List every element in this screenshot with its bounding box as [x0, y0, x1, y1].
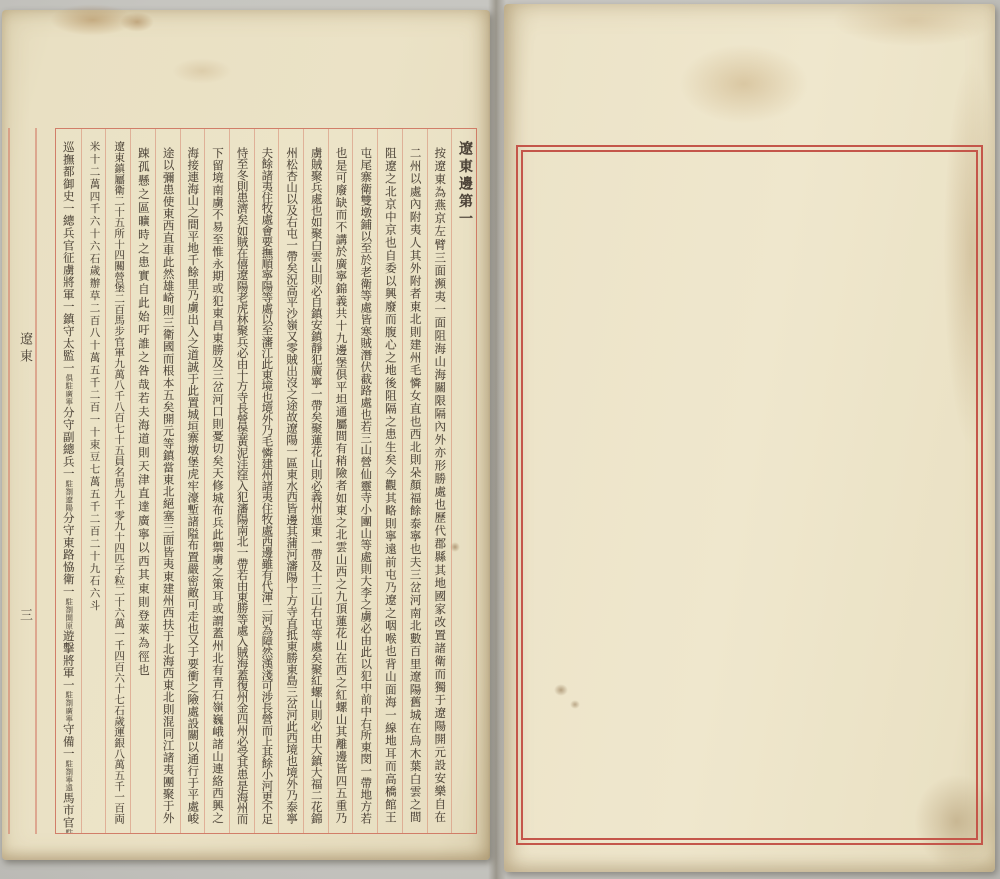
blank-page-frame	[516, 145, 983, 845]
official-station-note: 駐劄遼陽	[65, 480, 74, 512]
text-column-body: 海接連海山之間平地千餘里乃虜出入之道誠于此置城垣寨墩堡虎牢濠塹諸隘布置嚴密敵可走…	[180, 129, 205, 833]
right-page-blank	[504, 4, 995, 872]
page-number: 三	[16, 608, 34, 621]
paper-stain	[679, 44, 809, 124]
fold-line	[8, 128, 10, 834]
text-column-body: 也是可廢缺而不講於廣寧錦義共十九邊堡俱平坦通屬間有稍險者如東之北雲山西之九頂蓮花…	[328, 129, 353, 833]
text-column-body: 踈孤懸之區曠時之患實自此始吁誰之咎哉若夫海道則天津直達廣寧以西其東則登萊為徑也	[130, 129, 155, 833]
official-station-note: 駐劄開原	[65, 598, 74, 630]
official-title: 馬市官	[62, 792, 76, 829]
paper-stain	[50, 4, 135, 36]
text-column-title: 遼東邊第一	[451, 129, 476, 833]
text-columns: 遼東邊第一按遼東為燕京左臂三面瀕夷一面阻海山海關限隔內外亦形勝處也歷代郡縣其地國…	[56, 129, 476, 833]
text-column-body: 按遼東為燕京左臂三面瀕夷一面阻海山海關限隔內外亦形勝處也歷代郡縣其地國家改置諸衛…	[427, 129, 452, 833]
official-title: 分守東路恊衛一	[62, 512, 76, 598]
paper-stain	[120, 12, 154, 32]
blank-page-frame-inner	[521, 150, 978, 840]
text-column-dense: 遼東鎮屬衛二十五所十四關營堡二百馬步官軍九萬八千八百七十五員名馬九千零九十四匹子…	[105, 129, 130, 833]
text-column-body: 下留境南虜不易至惟永期或犯東昌東勝及三岔河口則憂切矣天修城布兵此禦虜之策耳或謂蓋…	[204, 129, 229, 833]
official-title: 守備一	[62, 723, 76, 760]
official-station-note: 駐劄寧遠	[65, 760, 74, 792]
text-column-body: 夫餘諸夷住牧處會要撫順寧陽等處以至瀋江此東境也境外乃毛憐建州諸夷住牧處西邊雖有代…	[254, 129, 279, 833]
official-station-note: 駐劄廣寧	[65, 691, 74, 723]
text-column-body: 州松杏山以及右屯一帶矣況高平沙嶺又零賊出沒之途故遼陽一區東水西皆邊其蒲河瀋陽十方…	[278, 129, 303, 833]
text-column-body: 二州以處內附夷人其外附者東北則建州毛憐女直也西北則朵顏福餘泰寧也夫三岔河南北數百…	[402, 129, 427, 833]
text-column-body: 途以彌患使東西直車此然雄崎則三衛國而根本五矣開元等鎮當東北絕塞三面皆夷東建州西扶…	[155, 129, 180, 833]
text-column-body: 虜賊聚兵處也如聚白雲山則必自鎮安鎮靜犯廣寧一帶矣聚蓮花山則必義州迤東一帶及十三山…	[303, 129, 328, 833]
text-column-body: 屯尾寨衛雙墩鋪以至於老衛等處皆寒賊潛伏截路處也若三山營仙靈寺小團山等處則大李之虜…	[352, 129, 377, 833]
official-title: 巡撫都御史一總兵官征虜將軍一鎮守太監一	[62, 141, 76, 374]
margin-title: 遼東	[10, 332, 34, 366]
official-title: 遊擊將軍一	[62, 630, 76, 691]
fold-line	[35, 128, 37, 834]
text-column-officials: 巡撫都御史一總兵官征虜將軍一鎮守太監一俱駐廣寧分守副總兵一駐劄遼陽分守東路恊衛一…	[56, 129, 81, 833]
text-frame: 遼東邊第一按遼東為燕京左臂三面瀕夷一面阻海山海關限隔內外亦形勝處也歷代郡縣其地國…	[55, 128, 477, 834]
paper-stain	[834, 0, 994, 46]
text-column-dense: 米十二萬四千六十六石歲辦草二百八十萬五千二百一十束豆七萬五千二百二十九石六斗	[81, 129, 106, 833]
text-column-body: 恃至冬則患濟矣如賊在僖遼陽老虎林聚兵必由十方寺長營堡黃泥洼窪入犯瀋陽南北一帶若由…	[229, 129, 254, 833]
official-station-note: 駐開原	[65, 829, 74, 833]
left-page: 遼東 三 遼東邊第一按遼東為燕京左臂三面瀕夷一面阻海山海關限隔內外亦形勝處也歷代…	[2, 10, 490, 860]
official-station-note: 俱駐廣寧	[65, 374, 74, 406]
paper-stain	[172, 58, 232, 84]
text-column-body: 阻遼之北京中京也自委以興廢而腹心之地後阻隔之患生矣今觀其略則寧遠前屯乃遼之咽喉也…	[377, 129, 402, 833]
official-title: 分守副總兵一	[62, 406, 76, 480]
